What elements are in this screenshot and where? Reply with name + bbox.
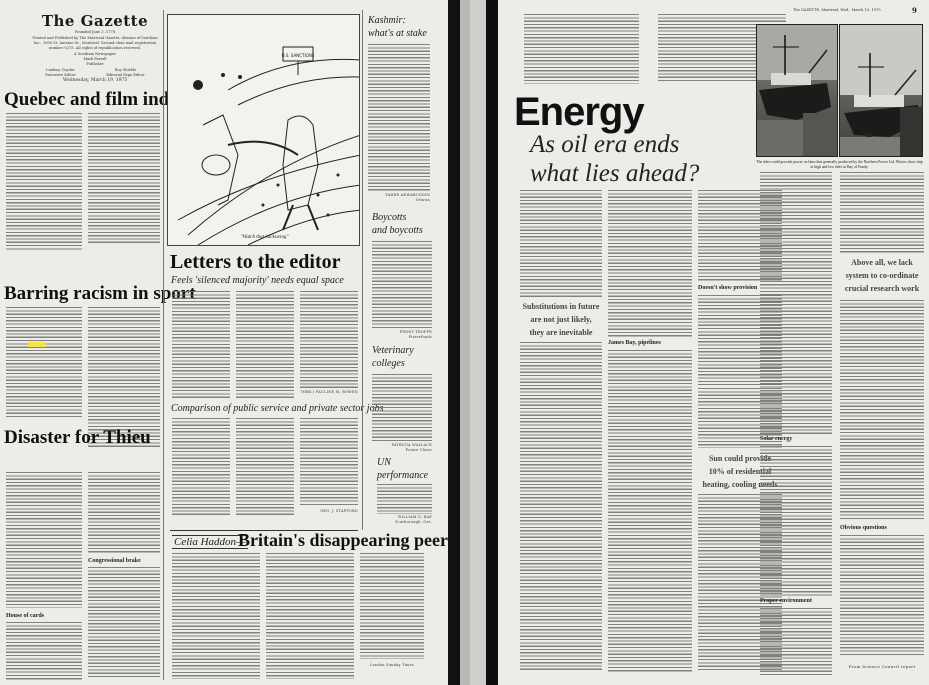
publisher-title: Publisher [30, 62, 160, 67]
sidebar-divider [362, 10, 363, 530]
subhead-house-of-cards: House of cards [6, 613, 44, 619]
pull-quote-3-line3: crucial research work [840, 282, 924, 295]
letter2-body-col2 [236, 418, 294, 516]
subheadline-line1: As oil era ends [530, 130, 699, 159]
kashmir-signature: TAHER ANWARUDDIN [368, 193, 430, 197]
pull-quote-3-line1: Above all, we lack [840, 256, 924, 269]
feature-page: Two years ago the Science Council of Can… [498, 0, 929, 685]
boycotts-line1: Boycotts [372, 211, 423, 224]
pull-quote-substitutions: Substitutions in future are not just lik… [520, 300, 602, 339]
ship-image-2 [840, 25, 923, 157]
subheadline-line2: what lies ahead? [530, 159, 699, 188]
column-divider [163, 10, 164, 680]
column-body-col2 [266, 553, 354, 679]
publisher-note: Printed and Published by The Montreal Ga… [30, 36, 160, 51]
energy-body-col4b [760, 446, 832, 596]
energy-body-col4c [760, 608, 832, 676]
binding-edge [460, 0, 470, 685]
subhead-obvious-questions: Obvious questions [840, 525, 887, 531]
photo-ship-low-tide [839, 24, 923, 157]
editorial-body-thieu-col2 [88, 472, 160, 554]
editorial-body-thieu-col1 [6, 472, 82, 608]
energy-body-col5c [840, 535, 924, 655]
veterinary-body [372, 374, 432, 442]
cartoon-illustration: U.S. SANCTIONS [168, 15, 360, 246]
energy-credit: From Science Council report [840, 664, 924, 669]
kashmir-body [368, 44, 430, 192]
un-signature: WILLIAM G. RAE [377, 515, 432, 519]
editorial-body-racism-col1 [6, 307, 82, 417]
editorial-cartoon: U.S. SANCTIONS "Watch that backswing" [167, 14, 360, 246]
energy-body-col5a [840, 172, 924, 254]
subhead-congressional-brake: Congressional brake [88, 558, 141, 564]
energy-body-col4a [760, 172, 832, 434]
energy-body-col5b [840, 300, 924, 520]
kashmir-location: Ottawa [368, 198, 430, 202]
folio-line: The GAZETTE, Montreal, Wed., March 19, 1… [793, 8, 881, 12]
highlighted-word: Montreal [28, 342, 46, 347]
letter-body-col1 [172, 291, 230, 399]
pull-quote-research: Above all, we lack system to co-ordinate… [840, 256, 924, 295]
energy-subheadline: As oil era ends what lies ahead? [530, 130, 699, 188]
letter-headline-public-service: Comparison of public service and private… [171, 403, 383, 414]
letter2-body-col1 [172, 418, 230, 516]
pull-quote-1-line3: they are inevitable [520, 326, 602, 339]
subhead-doesnt-show: Doesn't show provision [698, 285, 757, 291]
masthead: The Gazette Founded June 3, 1778 Printed… [30, 12, 160, 83]
photo-caption: The tides could provide power on lines t… [756, 160, 923, 170]
sidebar-headline-boycotts: Boycotts and boycotts [372, 211, 423, 237]
editorial-headline-thieu: Disaster for Thieu [4, 427, 151, 449]
veterinary-line2: colleges [372, 357, 414, 370]
ship-image-1 [757, 25, 838, 157]
editorial-body-racism-col2 [88, 307, 160, 447]
energy-intro-col1 [524, 14, 639, 84]
editorial-page: The Gazette Founded June 3, 1778 Printed… [0, 0, 448, 685]
letters-section-title: Letters to the editor [170, 251, 341, 274]
sidebar-headline-veterinary: Veterinary colleges [372, 344, 414, 370]
page-number: 9 [912, 6, 917, 15]
boycotts-location: Pierrefonds [372, 335, 432, 339]
subhead-solar-energy: Solar energy [760, 436, 792, 442]
column-body-col3 [360, 553, 424, 659]
un-location: Scarborough, Ont. [377, 520, 432, 524]
un-body [377, 484, 432, 514]
energy-body-col1a [520, 190, 602, 298]
boycotts-line2: and boycotts [372, 224, 423, 237]
pull-quote-1-line1: Substitutions in future [520, 300, 602, 313]
boycotts-signature: PENNY TROPPE [372, 330, 432, 334]
cartoon-sign: U.S. SANCTIONS [282, 53, 315, 58]
un-line1: UN [377, 456, 428, 469]
editorial-body-thieu-col1b [6, 622, 82, 680]
un-line2: performance [377, 469, 428, 482]
pull-quote-1-line2: are not just likely, [520, 313, 602, 326]
letter2-body-col3 [300, 418, 358, 506]
binding-shadow [448, 0, 460, 685]
boycotts-body [372, 241, 432, 329]
sidebar-headline-un: UN performance [377, 456, 428, 482]
editorial-body-film-col2 [88, 113, 160, 243]
kashmir-line1: Kashmir: [368, 14, 427, 27]
subhead-james-bay: James Bay, pipelines [608, 340, 661, 346]
veterinary-location: Pointe Claire [372, 448, 432, 452]
photo-ship-high-tide [756, 24, 838, 157]
veterinary-line1: Veterinary [372, 344, 414, 357]
energy-body-col2a [608, 190, 692, 338]
cartoon-caption: "Watch that backswing" [168, 235, 360, 240]
kashmir-line2: what's at stake [368, 27, 427, 40]
subhead-proper-environment: Proper environment [760, 598, 812, 604]
editorial-body-film-col1 [6, 113, 82, 251]
letter-headline-silenced-majority: Feels 'silenced majority' needs equal sp… [171, 275, 344, 286]
sidebar-headline-kashmir: Kashmir: what's at stake [368, 14, 427, 40]
energy-headline: Energy [514, 90, 644, 135]
editor-credits: Lindsay Crysler Executive Editor Roy Shi… [30, 68, 160, 78]
energy-body-col2b [608, 350, 692, 672]
energy-body-col1b [520, 342, 602, 672]
letter-body-col3 [300, 291, 358, 389]
pull-quote-3-line2: system to co-ordinate [840, 269, 924, 282]
issue-date: Wednesday, March 19, 1975 [30, 78, 160, 83]
founded-line: Founded June 3, 1778 [30, 30, 160, 35]
editorial-body-thieu-col2b [88, 567, 160, 679]
column-credit: London Sunday Times [360, 663, 424, 667]
letter-signature: (MRS.) PAULINE M. ROWEN [300, 390, 358, 394]
newspaper-name: The Gazette [30, 12, 160, 30]
veterinary-signature: PATRICIA WALLACE [372, 443, 432, 447]
letter2-signature: GEO. J. STAFFORD [300, 509, 358, 513]
binding-shadow-right [486, 0, 498, 685]
editorial-headline-racism: Barring racism in sport [4, 283, 196, 305]
column-author: Celia Haddon— [172, 535, 248, 549]
binding-fold [470, 0, 486, 685]
letter-body-col2 [236, 291, 294, 399]
column-body-col1 [172, 553, 260, 679]
column-headline: Britain's disappearing peers [238, 530, 448, 551]
